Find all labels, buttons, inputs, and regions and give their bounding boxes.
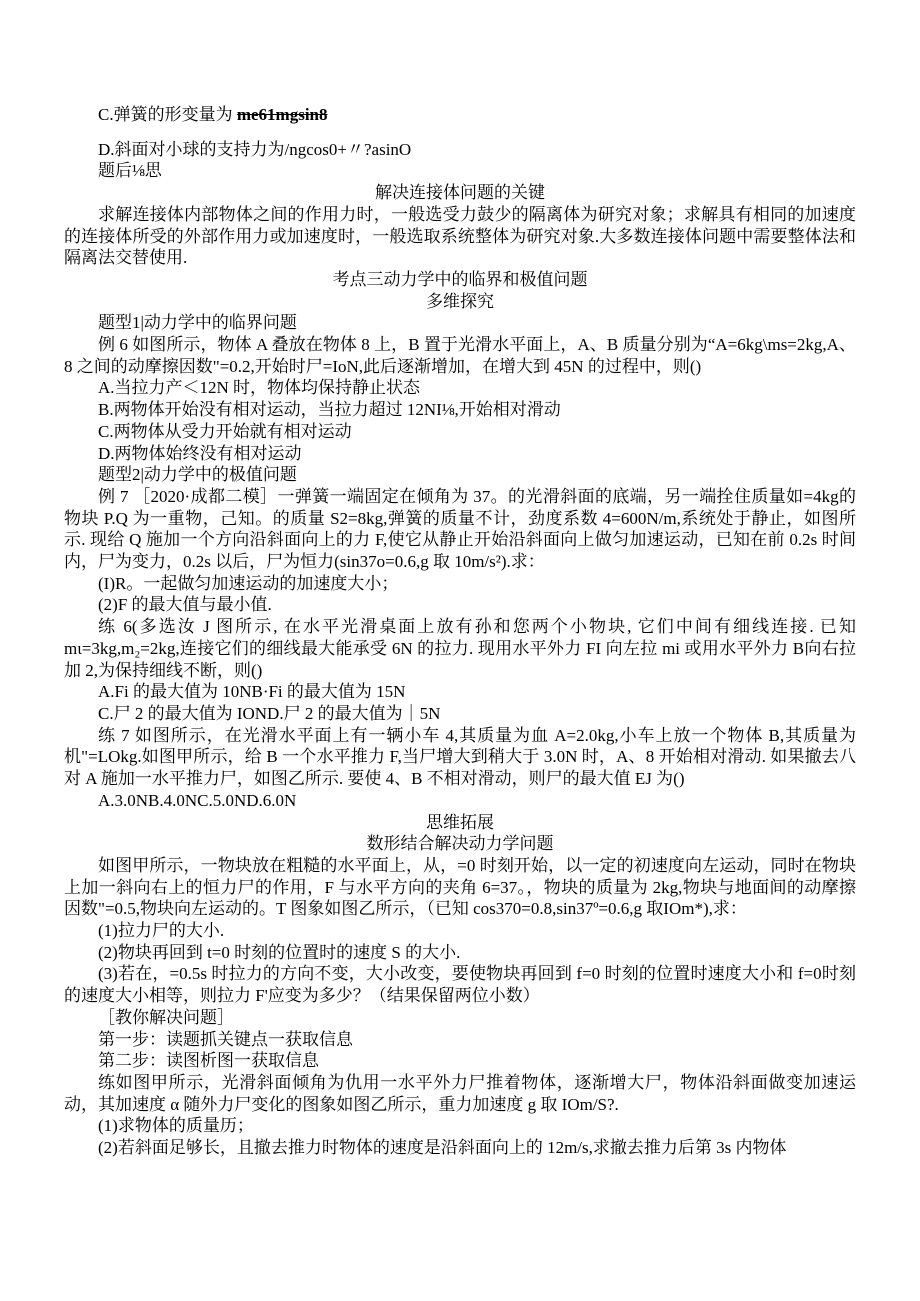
example7-stem: 例 7 ［2020·成都二模］一弹簧一端固定在倾角为 37。的光滑斜面的底端，另…: [64, 486, 856, 573]
siwei-question1: (1)拉力尸的大小.: [64, 920, 856, 942]
tixing2-label: 题型2|动力学中的极值问题: [64, 464, 856, 486]
reflect-body: 求解连接体内部物体之间的作用力时，一般选受力鼓少的隔离体为研究对象；求解具有相同…: [64, 204, 856, 269]
practice7-options: A.3.0NB.4.0NC.5.0ND.6.0N: [64, 790, 856, 812]
practice7-stem: 练 7 如图所示，在光滑水平面上有一辆小车 4,其质量为血 A=2.0kg,小车…: [64, 725, 856, 790]
option-c-spring-deformation: C.弹簧的形变量为 me61mgsin8: [64, 104, 856, 126]
siwei-question3: (3)若在，=0.5s 时拉力的方向不变，大小改变，要使物块再回到 f=0 时刻…: [64, 963, 856, 1006]
siwei-stem: 如图甲所示，一物块放在粗糙的水平面上，从，=0 时刻开始，以一定的初速度向左运动…: [64, 855, 856, 920]
teach-step1: 第一步：读题抓关键点一获取信息: [64, 1029, 856, 1051]
example6-option-a: A.当拉力产＜12N 时，物体均保持静止状态: [64, 377, 856, 399]
option-c-text: C.弹簧的形变量为: [98, 105, 237, 124]
example7-question1: (I)R。一起做匀加速运动的加速度大小；: [64, 573, 856, 595]
reflect-label: 题后⅛思: [64, 160, 856, 182]
kaodian-heading: 考点三动力学中的临界和极值问题: [64, 269, 856, 291]
practice6-stem: 练 6(多选汝 J 图所示, 在水平光滑桌面上放有孙和您两个小物块, 它们中间有…: [64, 616, 856, 681]
kaodian-subheading: 多维探究: [64, 291, 856, 313]
siwei-heading: 思维拓展: [64, 812, 856, 834]
siwei-practice-question1: (1)求物体的质量历；: [64, 1115, 856, 1137]
teach-solve-label: ［教你解决问题］: [64, 1007, 856, 1029]
option-d-support-force: D.斜面对小球的支持力为/ngcos0+〃?asinO: [64, 139, 856, 161]
practice6-options-cd: C.尸 2 的最大值为 IOND.尸 2 的最大值为｜5N: [64, 703, 856, 725]
document-page: C.弹簧的形变量为 me61mgsin8 D.斜面对小球的支持力为/ngcos0…: [0, 0, 920, 1301]
reflect-heading: 解决连接体问题的关键: [64, 182, 856, 204]
option-c-strikethrough-formula: me61mgsin8: [237, 105, 328, 124]
siwei-subheading: 数形结合解决动力学问题: [64, 833, 856, 855]
practice6-options-ab: A.Fi 的最大值为 10NB·Fi 的最大值为 15N: [64, 681, 856, 703]
siwei-question2: (2)物块再回到 t=0 时刻的位置时的速度 S 的大小.: [64, 942, 856, 964]
example6-option-c: C.两物体从受力开始就有相对运动: [64, 421, 856, 443]
tixing1-label: 题型1|动力学中的临界问题: [64, 312, 856, 334]
siwei-practice-question2: (2)若斜面足够长，且撤去推力时物体的速度是沿斜面向上的 12m/s,求撤去推力…: [64, 1137, 856, 1159]
example7-question2: (2)F 的最大值与最小值.: [64, 594, 856, 616]
siwei-practice-stem: 练如图甲所示，光滑斜面倾角为仇用一水平外力尸推着物体，逐渐增大尸，物体沿斜面做变…: [64, 1072, 856, 1115]
example6-option-d: D.两物体始终没有相对运动: [64, 443, 856, 465]
example6-option-b: B.两物体开始没有相对运动，当拉力超过 12NI⅛,开始相对滑动: [64, 399, 856, 421]
example6-stem: 例 6 如图所示，物体 A 叠放在物体 8 上，B 置于光滑水平面上，A、B 质…: [64, 334, 856, 377]
teach-step2: 第二步：读图析图一获取信息: [64, 1050, 856, 1072]
